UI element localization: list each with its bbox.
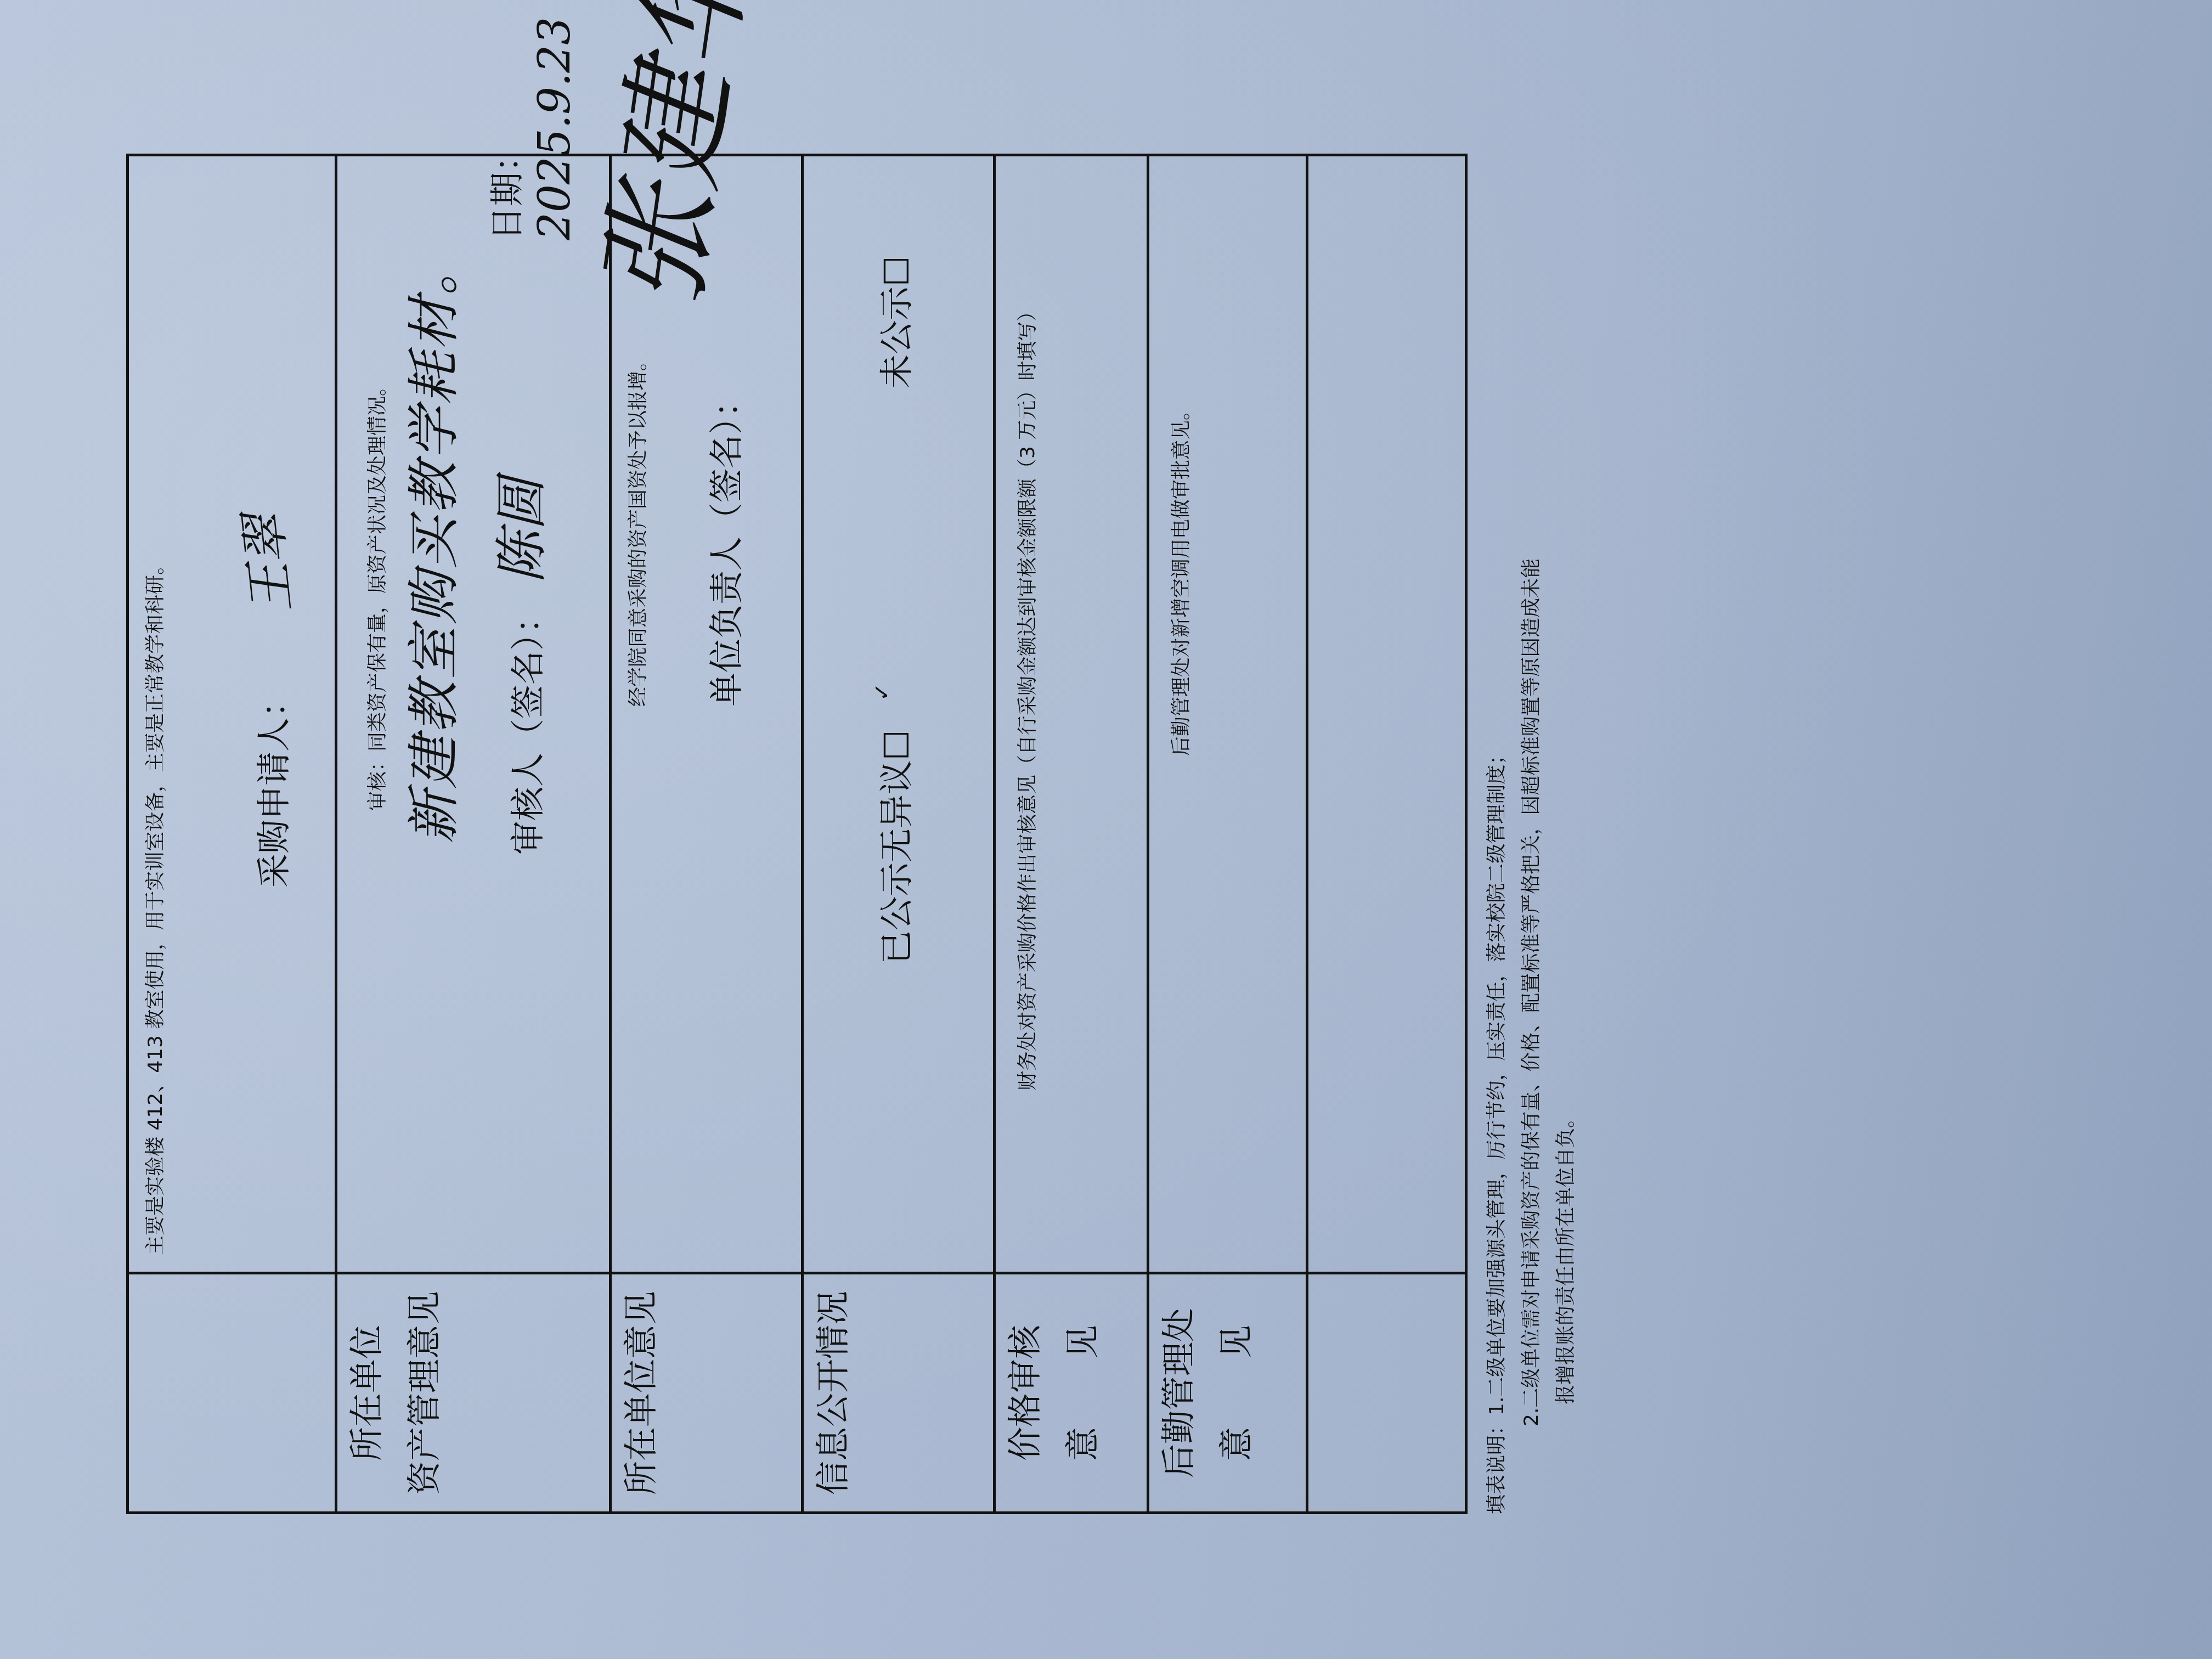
row-disclosure-label: 信息公开情况: [803, 1273, 995, 1513]
form-table: 主要是实验楼 412、413 教室使用，用于实训室设备，主要是正常教学和科研。 …: [126, 154, 1468, 1514]
row-blank: [1307, 155, 1466, 1513]
reviewer-line: 审核人（签名）： 陈圆: [480, 478, 555, 855]
label-line-2: 意 见: [1207, 1275, 1265, 1511]
instruction-item-2: 2.二级单位需对申请采购资产的保有量、价格、配置标准等严格把关，因超标准购置等原…: [1514, 110, 1549, 1514]
logistics-hint: 后勤管理处对新增空调用电做审批意见。: [1166, 400, 1194, 756]
instruction-item-2-cont: 报增报账的责任由所在单位自负。: [1549, 110, 1583, 1514]
leader-signature: 张建华: [555, 0, 777, 317]
row-usage-label: [128, 1273, 336, 1513]
label-line-2: 意 见: [1054, 1275, 1111, 1511]
reviewer-signature: 陈圆: [491, 478, 552, 583]
row-disclosure: 信息公开情况 已公示无异议☐ ✓ 未公示☐: [803, 155, 995, 1513]
agree-text: 经学院同意采购的资产国资处予以报增。: [623, 351, 651, 707]
row-logistics-content[interactable]: 后勤管理处对新增空调用电做审批意见。: [1148, 155, 1307, 1273]
instruction-item-1: 1.二级单位要加强源头管理，厉行节约，压实责任，落实校院二级管理制度；: [1486, 745, 1508, 1415]
date-label: 日期：: [487, 138, 527, 240]
row-usage: 主要是实验楼 412、413 教室使用，用于实训室设备，主要是正常教学和科研。 …: [128, 155, 336, 1513]
applicant-label: 采购申请人：: [247, 684, 296, 888]
applicant-signature: 王翠: [223, 511, 304, 617]
check-mark-icon: ✓: [870, 682, 895, 701]
row-unit-opinion: 所在单位意见 经学院同意采购的资产国资处予以报增。 单位负责人（签名）： 张建华: [611, 155, 803, 1513]
handwritten-note: 新建教室购买教学耗材。: [392, 240, 467, 844]
date-line: 日期： 2025.9.23: [480, 17, 580, 240]
row-logistics-label: 后勤管理处 意 见: [1148, 1273, 1307, 1513]
review-hint: 审核：同类资产保有量，原资产状况及处理情况。: [362, 376, 390, 811]
option-published-checkbox[interactable]: 已公示无异议☐: [870, 730, 918, 964]
row-price-review-content[interactable]: 财务处对资产采购价格作出审核意见（自行采购金额达到审核金额限额（3 万元）时填写…: [995, 155, 1148, 1273]
instructions-line-1: 填表说明：1.二级单位要加强源头管理，厉行节约，压实责任，落实校院二级管理制度；: [1480, 110, 1514, 1514]
row-price-review: 价格审核 意 见 财务处对资产采购价格作出审核意见（自行采购金额达到审核金额限额…: [995, 155, 1148, 1513]
row-usage-content: 主要是实验楼 412、413 教室使用，用于实训室设备，主要是正常教学和科研。 …: [128, 155, 336, 1273]
row-price-review-label: 价格审核 意 见: [995, 1273, 1148, 1513]
row-blank-label: [1307, 1273, 1466, 1513]
price-review-hint: 财务处对资产采购价格作出审核意见（自行采购金额达到审核金额限额（3 万元）时填写…: [1012, 302, 1040, 1091]
label-line-1: 所在单位: [338, 1275, 396, 1511]
row-unit-opinion-content: 经学院同意采购的资产国资处予以报增。 单位负责人（签名）： 张建华: [611, 155, 803, 1273]
row-asset-management: 所在单位 资产管理意见 审核：同类资产保有量，原资产状况及处理情况。 新建教室购…: [336, 155, 611, 1513]
option-not-published-checkbox[interactable]: 未公示☐: [870, 256, 918, 388]
leader-label: 单位负责人（签名）：: [699, 383, 748, 707]
reviewer-label: 审核人（签名）：: [508, 600, 548, 855]
row-blank-content[interactable]: [1307, 155, 1466, 1273]
row-unit-opinion-label: 所在单位意见: [611, 1273, 803, 1513]
asset-procurement-form: 主要是实验楼 412、413 教室使用，用于实训室设备，主要是正常教学和科研。 …: [126, 110, 1583, 1514]
row-disclosure-content: 已公示无异议☐ ✓ 未公示☐: [803, 155, 995, 1273]
label-line-2: 资产管理意见: [396, 1275, 453, 1511]
label-line-1: 后勤管理处: [1150, 1275, 1207, 1511]
row-asset-management-content: 审核：同类资产保有量，原资产状况及处理情况。 新建教室购买教学耗材。 审核人（签…: [336, 155, 611, 1273]
label-line-1: 价格审核: [996, 1275, 1054, 1511]
form-instructions: 填表说明：1.二级单位要加强源头管理，厉行节约，压实责任，落实校院二级管理制度；…: [1480, 110, 1583, 1514]
row-logistics: 后勤管理处 意 见 后勤管理处对新增空调用电做审批意见。: [1148, 155, 1307, 1513]
row-asset-management-label: 所在单位 资产管理意见: [336, 1273, 611, 1513]
instructions-title: 填表说明：: [1486, 1415, 1508, 1514]
usage-note: 主要是实验楼 412、413 教室使用，用于实训室设备，主要是正常教学和科研。: [140, 555, 168, 1255]
